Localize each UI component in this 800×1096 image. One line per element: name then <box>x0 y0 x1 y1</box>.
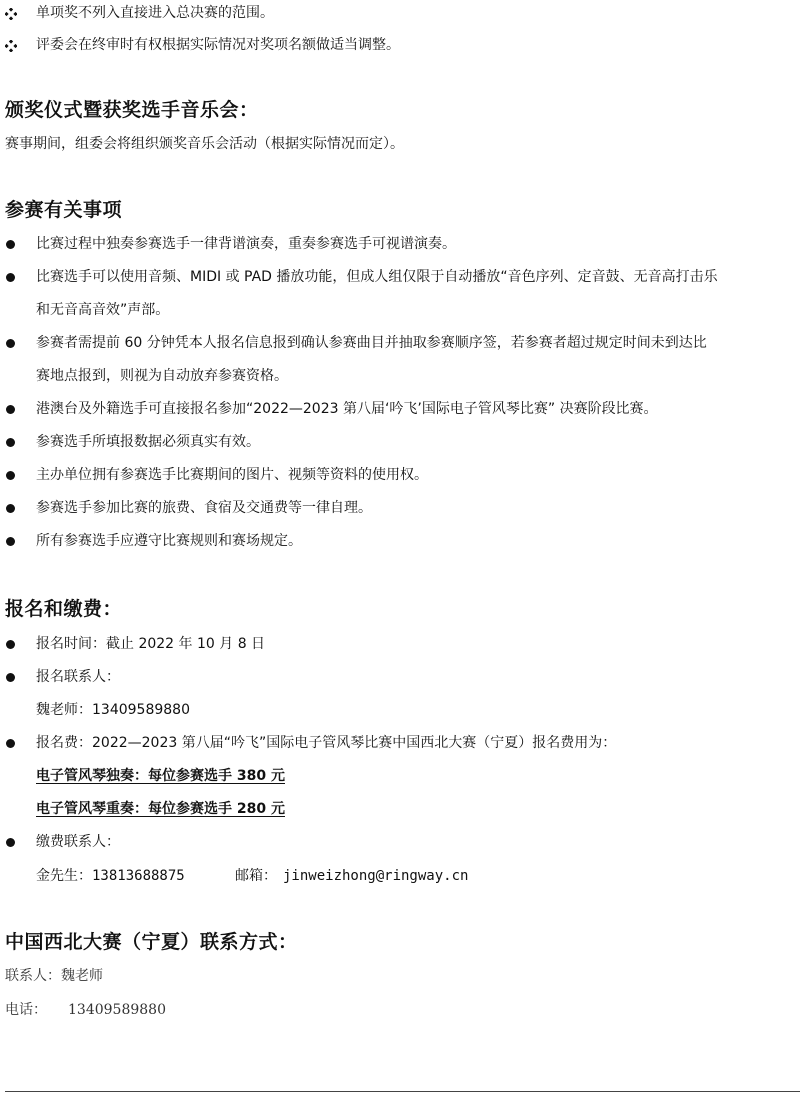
bullet-dot-icon <box>6 339 15 348</box>
registration-contact-label: 报名联系人： <box>36 667 120 687</box>
footer-divider <box>5 1091 800 1092</box>
awards-note-2: 评委会在终审时有权根据实际情况对奖项名额做适当调整。 <box>36 35 400 55</box>
participation-item-2-line-2: 和无音高音效”声部。 <box>36 300 169 320</box>
contact-person: 联系人：魏老师 <box>5 966 103 986</box>
participation-item-3-line-1: 参赛者需提前 60 分钟凭本人报名信息报到确认参赛曲目并抽取参赛顺序签，若参赛者… <box>36 333 707 353</box>
bullet-dot-icon <box>6 640 15 649</box>
contact-phone-value: 13409589880 <box>68 1000 166 1020</box>
contact-heading: 中国西北大赛（宁夏）联系方式： <box>5 929 298 955</box>
participation-item-6: 主办单位拥有参赛选手比赛期间的图片、视频等资料的使用权。 <box>36 465 428 485</box>
bullet-dot-icon <box>6 471 15 480</box>
bullet-dot-icon <box>6 838 15 847</box>
bullet-dot-icon <box>6 240 15 249</box>
registration-heading: 报名和缴费： <box>5 596 122 622</box>
bullet-dot-icon <box>6 673 15 682</box>
participation-item-1: 比赛过程中独奏参赛选手一律背谱演奏，重奏参赛选手可视谱演奏。 <box>36 234 456 254</box>
payment-contact-label: 缴费联系人： <box>36 832 120 852</box>
participation-heading: 参赛有关事项 <box>5 197 122 223</box>
bullet-dot-icon <box>6 504 15 513</box>
bullet-dot-icon <box>6 739 15 748</box>
participation-item-7: 参赛选手参加比赛的旅费、食宿及交通费等一律自理。 <box>36 498 372 518</box>
bullet-dot-icon <box>6 405 15 414</box>
registration-contact-value: 魏老师：13409589880 <box>36 700 190 720</box>
email-label: 邮箱： <box>235 866 277 886</box>
payment-contact-value: 金先生：13813688875 <box>36 866 185 886</box>
awards-note-1: 单项奖不列入直接进入总决赛的范围。 <box>36 3 274 23</box>
participation-item-3-line-2: 赛地点报到，则视为自动放弃参赛资格。 <box>36 366 288 386</box>
ceremony-body: 赛事期间，组委会将组织颁奖音乐会活动（根据实际情况而定）。 <box>5 134 404 154</box>
bullet-dot-icon <box>6 438 15 447</box>
registration-deadline: 报名时间：截止 2022 年 10 月 8 日 <box>36 634 265 654</box>
bullet-dot-icon <box>6 273 15 282</box>
registration-fee-label: 报名费：2022—2023 第八届“吟飞”国际电子管风琴比赛中国西北大赛（宁夏）… <box>36 733 616 753</box>
participation-item-8: 所有参赛选手应遵守比赛规则和赛场规定。 <box>36 531 302 551</box>
participation-item-4: 港澳台及外籍选手可直接报名参加“2022—2023 第八届‘吟飞’国际电子管风琴… <box>36 399 658 419</box>
ceremony-heading: 颁奖仪式暨获奖选手音乐会： <box>5 97 259 123</box>
diamond-bullet-icon <box>5 40 17 52</box>
email-link[interactable]: jinweizhong@ringway.cn <box>283 866 468 886</box>
participation-item-2-line-1: 比赛选手可以使用音频、MIDI 或 PAD 播放功能，但成人组仅限于自动播放“音… <box>36 267 718 287</box>
bullet-dot-icon <box>6 537 15 546</box>
contact-phone-label: 电话： <box>5 1000 47 1020</box>
fee-solo: 电子管风琴独奏：每位参赛选手 380 元 <box>36 766 285 786</box>
fee-ensemble: 电子管风琴重奏：每位参赛选手 280 元 <box>36 799 285 819</box>
diamond-bullet-icon <box>5 8 17 20</box>
participation-item-5: 参赛选手所填报数据必须真实有效。 <box>36 432 260 452</box>
